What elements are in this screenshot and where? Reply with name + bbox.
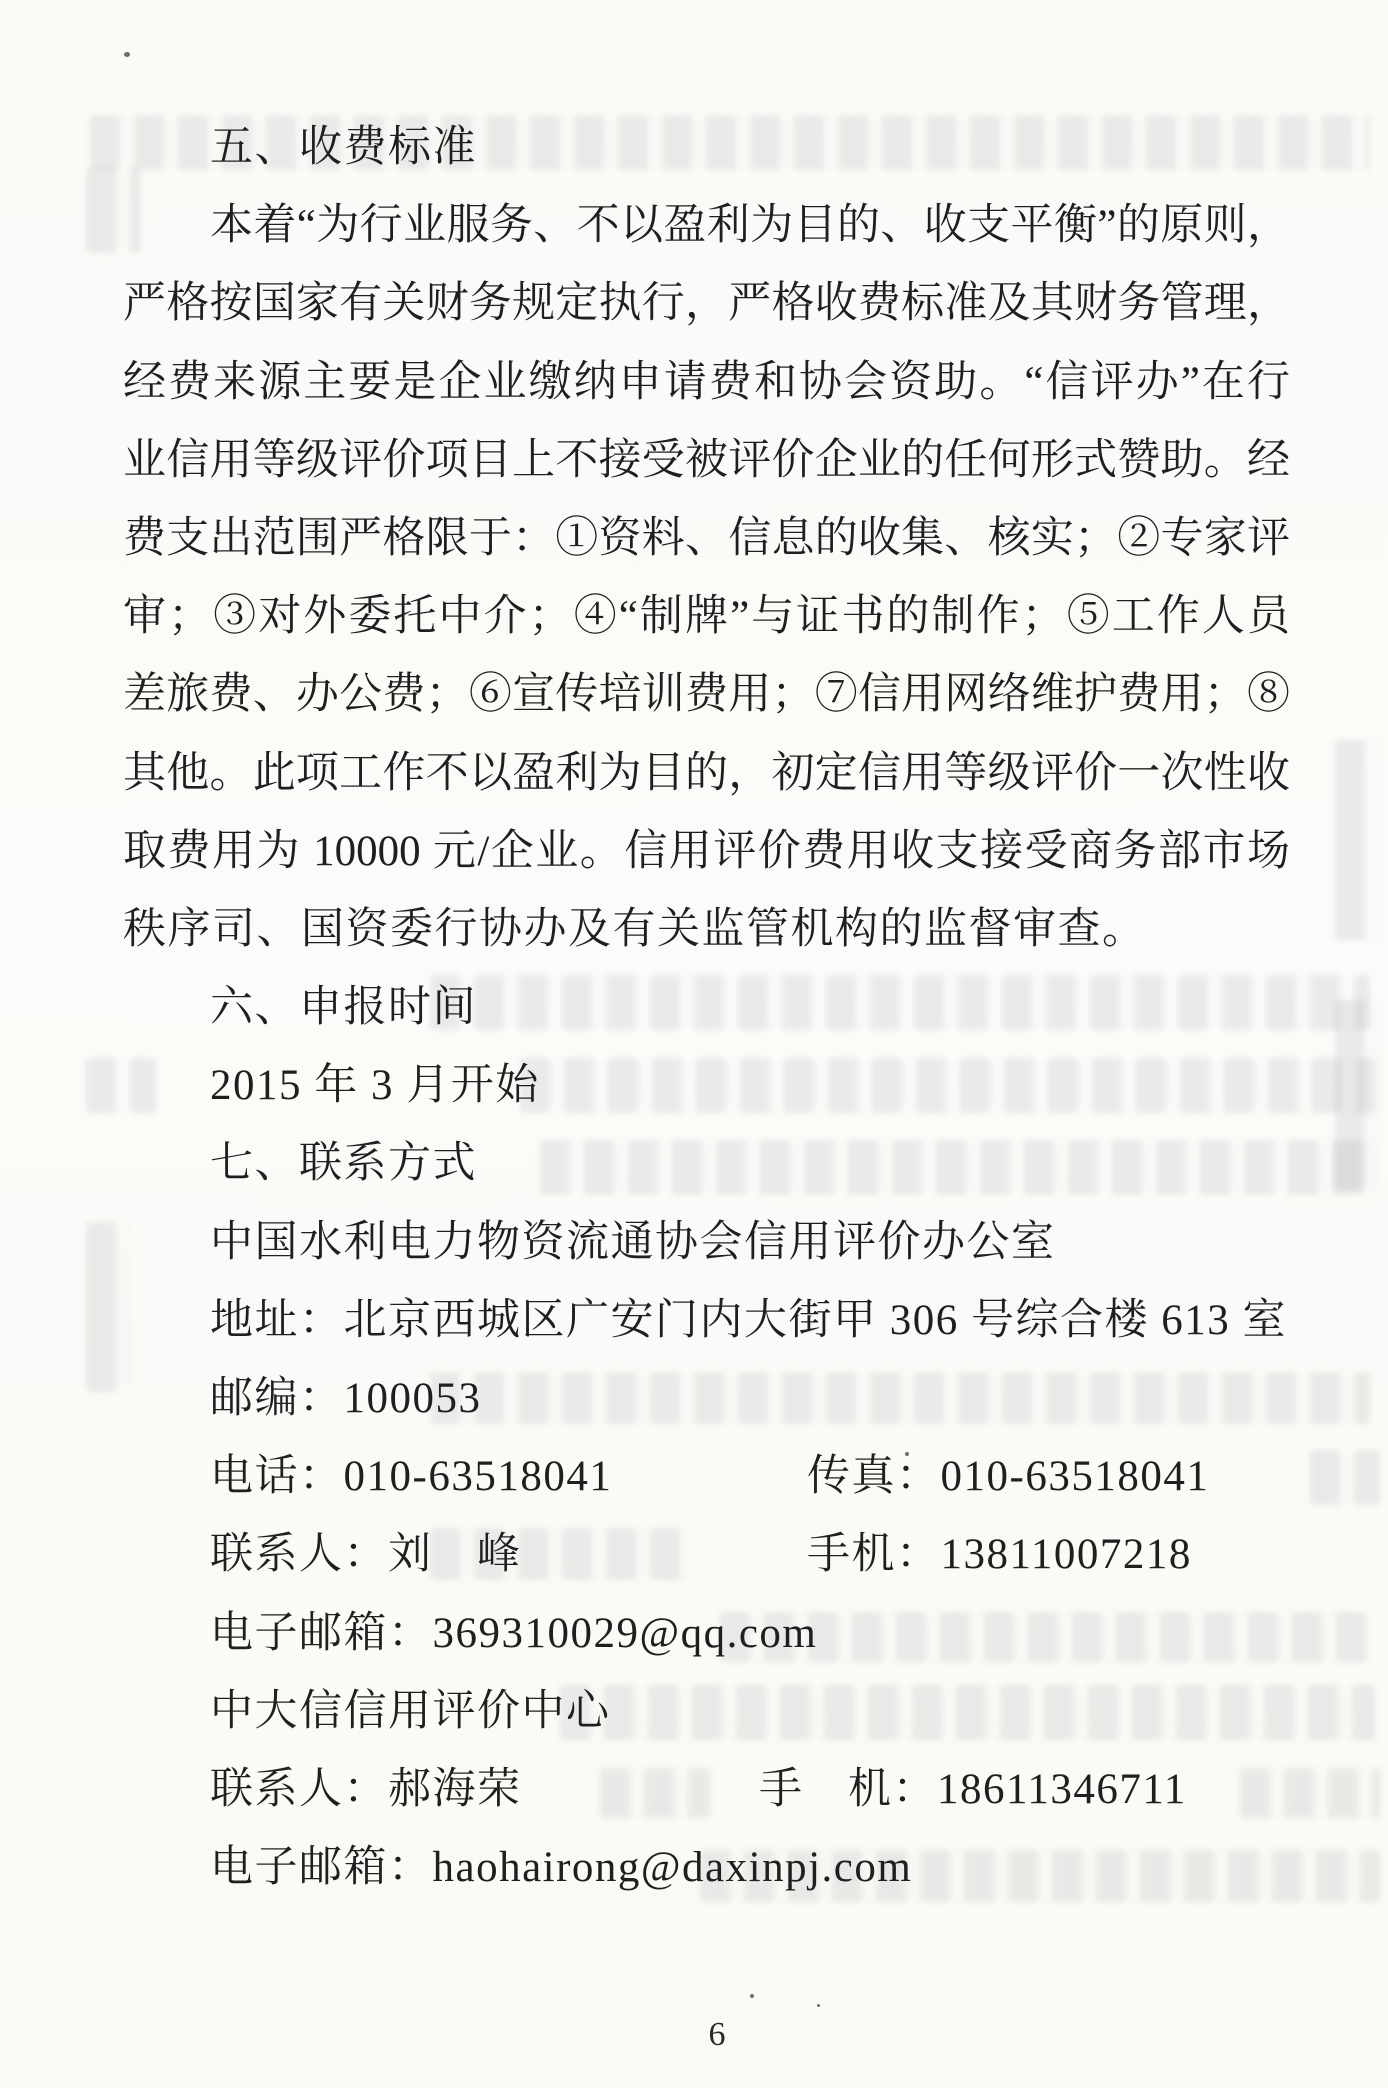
scan-speck: [817, 2004, 820, 2007]
org1-name: 中国水利电力物资流通协会信用评价办公室: [123, 1204, 1290, 1282]
org1-contact-row: 联系人：刘 峰 手机：13811007218: [123, 1516, 1290, 1594]
para-line: 审；③对外委托中介；④“制牌”与证书的制作；⑤工作人员: [123, 578, 1290, 656]
section-7-heading: 七、联系方式: [123, 1125, 1290, 1203]
document-body: 五、收费标准 本着“为行业服务、不以盈利为目的、收支平衡”的原则， 严格按国家有…: [123, 109, 1290, 1907]
para-line: 秩序司、国资委行协办及有关监管机构的监督审查。: [123, 891, 1290, 969]
scan-speck: [750, 1994, 754, 1998]
para-line: 严格按国家有关财务规定执行，严格收费标准及其财务管理，: [123, 265, 1290, 343]
bleed-through-artifact: [1335, 740, 1380, 940]
section-6-heading: 六、申报时间: [123, 969, 1290, 1047]
para-line: 本着“为行业服务、不以盈利为目的、收支平衡”的原则，: [123, 187, 1290, 265]
para-line: 业信用等级评价项目上不接受被评价企业的任何形式赞助。经: [123, 422, 1290, 500]
org2-contact-row: 联系人：郝海荣 手 机：18611346711: [123, 1751, 1290, 1829]
para-line: 其他。此项工作不以盈利为目的，初定信用等级评价一次性收: [123, 735, 1290, 813]
para-line: 差旅费、办公费；⑥宣传培训费用；⑦信用网络维护费用；⑧: [123, 656, 1290, 734]
bleed-through-artifact: [1335, 1000, 1380, 1190]
org2-name: 中大信信用评价中心: [123, 1673, 1290, 1751]
page-number: 6: [677, 2016, 757, 2054]
org1-mobile: 手机：13811007218: [720, 1516, 1192, 1594]
org1-contact-person: 联系人：刘 峰: [210, 1531, 522, 1578]
para-line: 经费来源主要是企业缴纳申请费和协会资助。“信评办”在行: [123, 344, 1290, 422]
org2-mobile: 手 机：18611346711: [672, 1751, 1187, 1829]
para-line: 取费用为 10000 元/企业。信用评价费用收支接受商务部市场: [123, 813, 1290, 891]
org1-postcode: 邮编：100053: [123, 1360, 1290, 1438]
org2-contact-person: 联系人：郝海荣: [210, 1766, 522, 1813]
org1-address: 地址：北京西城区广安门内大街甲 306 号综合楼 613 室: [123, 1282, 1290, 1360]
org1-phone-fax-row: 电话：010-63518041 传真：010-63518041: [123, 1438, 1290, 1516]
section-6-body: 2015 年 3 月开始: [123, 1047, 1290, 1125]
bleed-through-artifact: [1310, 1450, 1380, 1505]
para-line: 费支出范围严格限于：①资料、信息的收集、核实；②专家评: [123, 500, 1290, 578]
org1-phone: 电话：010-63518041: [210, 1453, 612, 1500]
org2-email: 电子邮箱：haohairong@daxinpj.com: [123, 1829, 1290, 1907]
org1-email: 电子邮箱：369310029@qq.com: [123, 1595, 1290, 1673]
scan-speck: [124, 52, 130, 57]
section-5-heading: 五、收费标准: [123, 109, 1290, 187]
scanned-document-page: 五、收费标准 本着“为行业服务、不以盈利为目的、收支平衡”的原则， 严格按国家有…: [0, 0, 1388, 2088]
org1-fax: 传真：010-63518041: [720, 1438, 1209, 1516]
